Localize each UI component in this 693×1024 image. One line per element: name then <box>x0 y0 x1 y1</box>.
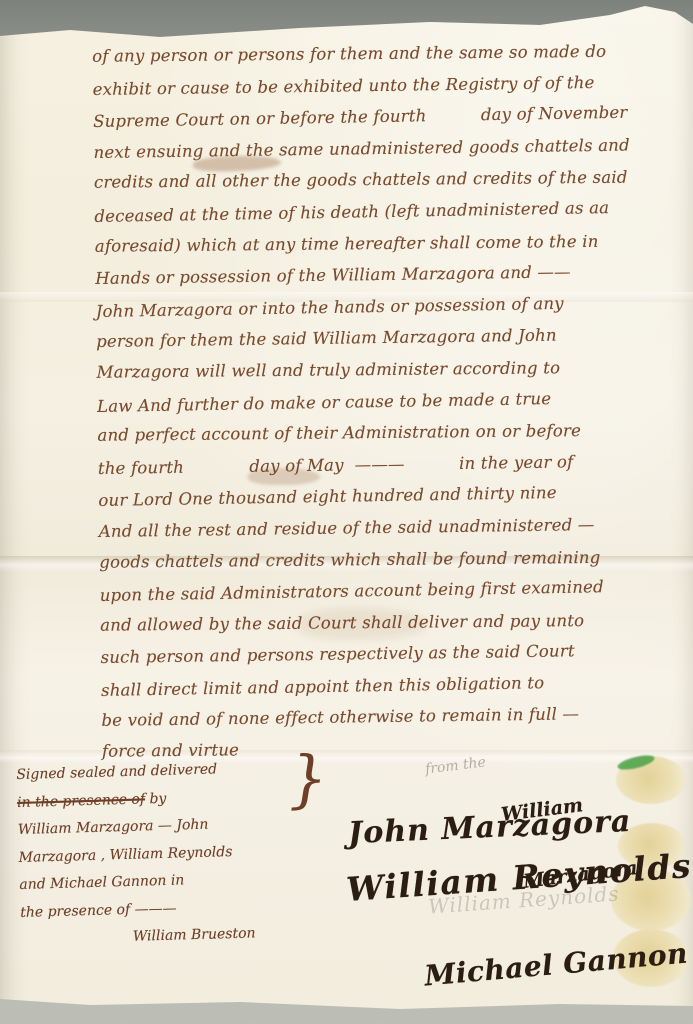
attestation-by: by <box>145 790 167 807</box>
manuscript-line: and allowed by the said Court shall deli… <box>100 604 682 641</box>
manuscript-line: aforesaid) which at any time hereafter s… <box>95 225 677 262</box>
manuscript-paper: of any person or persons for them and th… <box>0 0 693 1024</box>
struck-through-text: in the presence of <box>17 791 145 811</box>
manuscript-line: of any person or persons for them and th… <box>92 35 674 72</box>
witness-signature: William Brueston <box>133 919 322 952</box>
attestation-block: Signed sealed and delivered in the prese… <box>16 754 321 955</box>
manuscript-body-text: of any person or persons for them and th… <box>92 34 684 769</box>
attestation-brace: } <box>287 747 329 810</box>
manuscript-line: and perfect account of their Administrat… <box>97 414 679 451</box>
